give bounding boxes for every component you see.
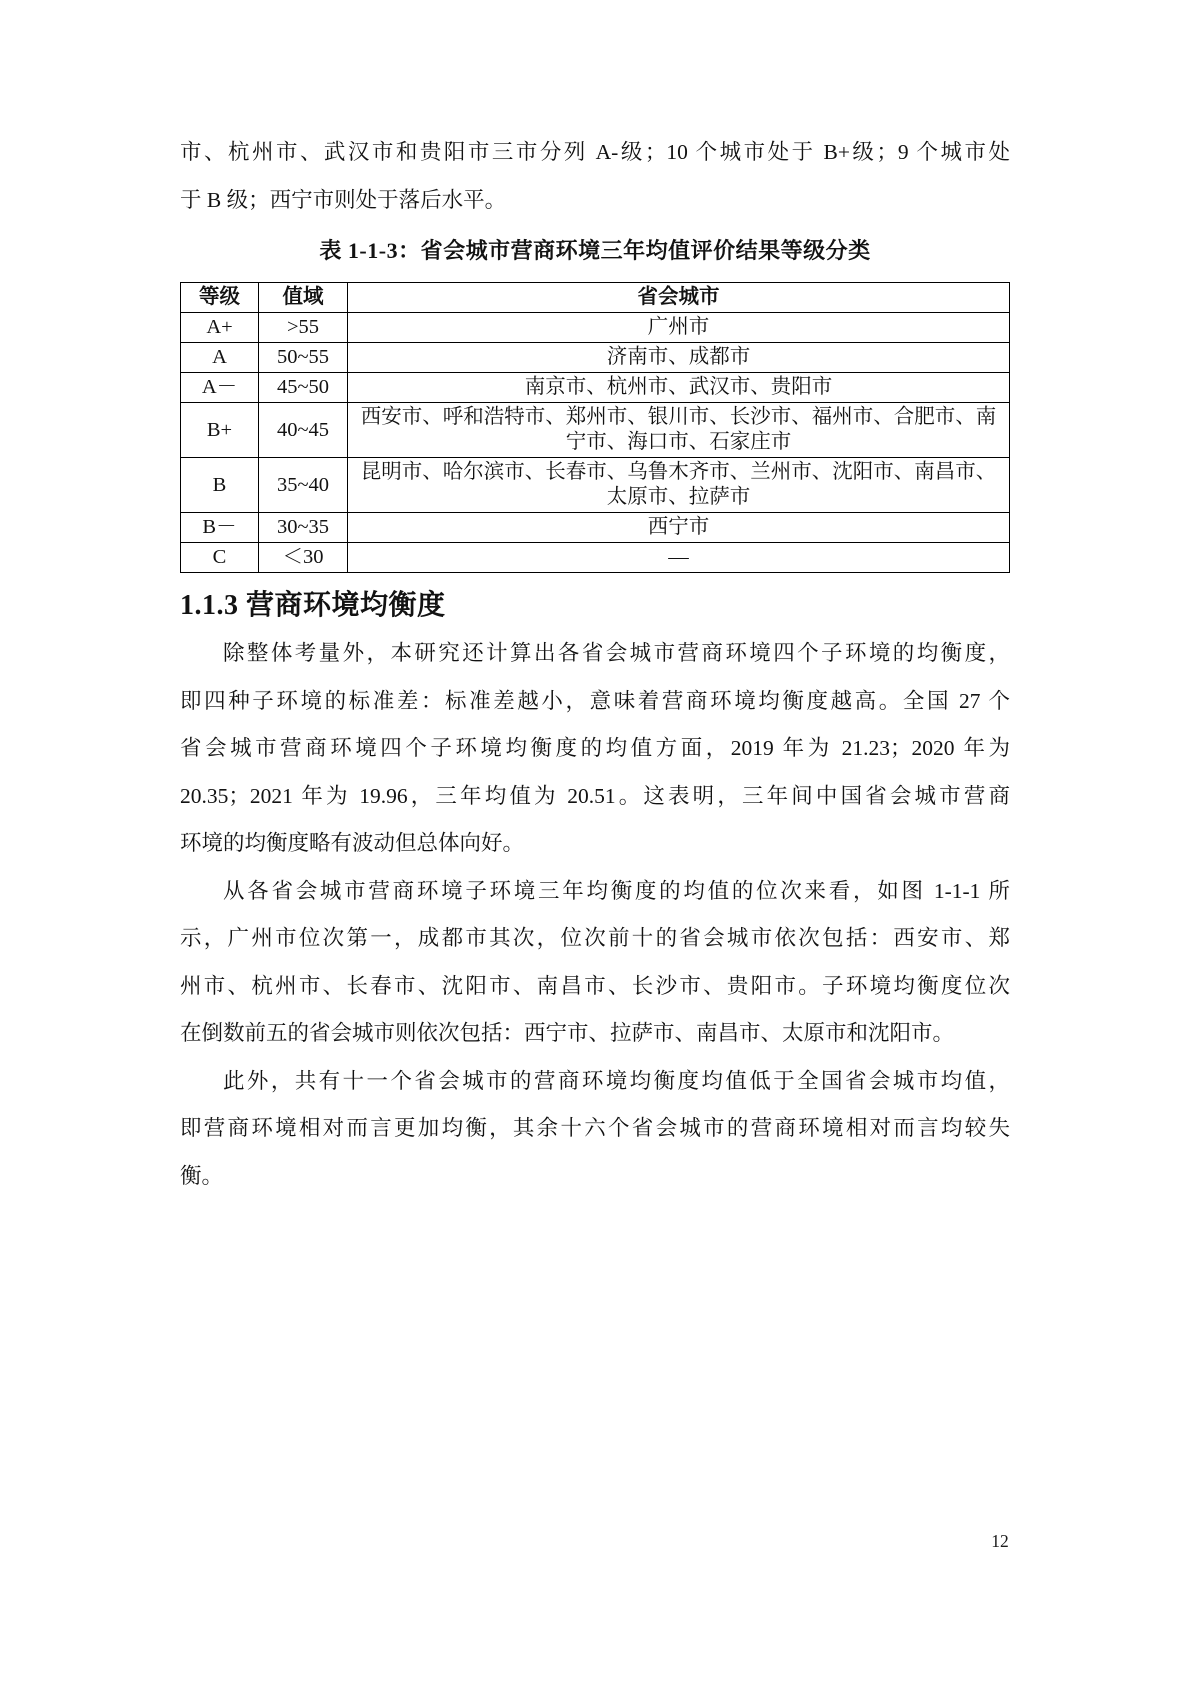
header-cities: 省会城市 bbox=[348, 283, 1010, 313]
grade-cell: A+ bbox=[181, 313, 259, 343]
table-header-row: 等级 值域 省会城市 bbox=[181, 283, 1010, 313]
text-line: 州市、杭州市、长春市、沈阳市、南昌市、长沙市、贵阳市。子环境均衡度位次 bbox=[180, 963, 1010, 1011]
table-row: C ＜30 — bbox=[181, 543, 1010, 573]
text-line: 示，广州市位次第一，成都市其次，位次前十的省会城市依次包括：西安市、郑 bbox=[180, 915, 1010, 963]
grade-cell: B bbox=[181, 458, 259, 513]
table-row: B 35~40 昆明市、哈尔滨市、长春市、乌鲁木齐市、兰州市、沈阳市、南昌市、太… bbox=[181, 458, 1010, 513]
range-cell: 45~50 bbox=[259, 373, 348, 403]
header-grade: 等级 bbox=[181, 283, 259, 313]
text-line: 在倒数前五的省会城市则依次包括：西宁市、拉萨市、南昌市、太原市和沈阳市。 bbox=[180, 1010, 1010, 1058]
grade-cell: B+ bbox=[181, 403, 259, 458]
table-row: B－ 30~35 西宁市 bbox=[181, 513, 1010, 543]
paragraph-3: 此外，共有十一个省会城市的营商环境均衡度均值低于全国省会城市均值， 即营商环境相… bbox=[180, 1058, 1010, 1201]
cities-cell: 西安市、呼和浩特市、郑州市、银川市、长沙市、福州市、合肥市、南宁市、海口市、石家… bbox=[348, 403, 1010, 458]
cities-cell: 南京市、杭州市、武汉市、贵阳市 bbox=[348, 373, 1010, 403]
text-line: 市、杭州市、武汉市和贵阳市三市分列 A-级；10 个城市处于 B+级；9 个城市… bbox=[180, 129, 1010, 177]
text-line: 省会城市营商环境四个子环境均衡度的均值方面，2019 年为 21.23；2020… bbox=[180, 725, 1010, 773]
text-line: 环境的均衡度略有波动但总体向好。 bbox=[180, 820, 1010, 868]
section-heading: 1.1.3 营商环境均衡度 bbox=[180, 589, 1010, 623]
range-cell: ＜30 bbox=[259, 543, 348, 573]
table-row: A－ 45~50 南京市、杭州市、武汉市、贵阳市 bbox=[181, 373, 1010, 403]
text-line: 从各省会城市营商环境子环境三年均衡度的均值的位次来看，如图 1-1-1 所 bbox=[180, 868, 1010, 916]
grade-cell: C bbox=[181, 543, 259, 573]
range-cell: >55 bbox=[259, 313, 348, 343]
text-line: 即四种子环境的标准差：标准差越小，意味着营商环境均衡度越高。全国 27 个 bbox=[180, 678, 1010, 726]
cities-cell: 广州市 bbox=[348, 313, 1010, 343]
paragraph-2: 从各省会城市营商环境子环境三年均衡度的均值的位次来看，如图 1-1-1 所 示，… bbox=[180, 868, 1010, 1058]
table-row: A+ >55 广州市 bbox=[181, 313, 1010, 343]
text-line: 于 B 级；西宁市则处于落后水平。 bbox=[180, 177, 1010, 225]
table-title: 表 1-1-3：省会城市营商环境三年均值评价结果等级分类 bbox=[180, 235, 1010, 267]
range-cell: 40~45 bbox=[259, 403, 348, 458]
grade-cell: B－ bbox=[181, 513, 259, 543]
header-range: 值域 bbox=[259, 283, 348, 313]
grade-table: 等级 值域 省会城市 A+ >55 广州市 A 50~55 济南市、成都市 A－ bbox=[180, 282, 1010, 573]
intro-paragraph: 市、杭州市、武汉市和贵阳市三市分列 A-级；10 个城市处于 B+级；9 个城市… bbox=[180, 129, 1010, 224]
document-page: 市、杭州市、武汉市和贵阳市三市分列 A-级；10 个城市处于 B+级；9 个城市… bbox=[0, 0, 1190, 1684]
cities-cell: 济南市、成都市 bbox=[348, 343, 1010, 373]
range-cell: 50~55 bbox=[259, 343, 348, 373]
grade-cell: A bbox=[181, 343, 259, 373]
table-row: A 50~55 济南市、成都市 bbox=[181, 343, 1010, 373]
cities-cell: — bbox=[348, 543, 1010, 573]
range-cell: 35~40 bbox=[259, 458, 348, 513]
grade-cell: A－ bbox=[181, 373, 259, 403]
cities-cell: 昆明市、哈尔滨市、长春市、乌鲁木齐市、兰州市、沈阳市、南昌市、太原市、拉萨市 bbox=[348, 458, 1010, 513]
paragraph-1: 除整体考量外，本研究还计算出各省会城市营商环境四个子环境的均衡度， 即四种子环境… bbox=[180, 630, 1010, 868]
text-line: 衡。 bbox=[180, 1153, 1010, 1201]
range-cell: 30~35 bbox=[259, 513, 348, 543]
text-line: 除整体考量外，本研究还计算出各省会城市营商环境四个子环境的均衡度， bbox=[180, 630, 1010, 678]
text-line: 此外，共有十一个省会城市的营商环境均衡度均值低于全国省会城市均值， bbox=[180, 1058, 1010, 1106]
page-number: 12 bbox=[980, 1531, 1020, 1552]
table-row: B+ 40~45 西安市、呼和浩特市、郑州市、银川市、长沙市、福州市、合肥市、南… bbox=[181, 403, 1010, 458]
cities-cell: 西宁市 bbox=[348, 513, 1010, 543]
text-line: 即营商环境相对而言更加均衡，其余十六个省会城市的营商环境相对而言均较失 bbox=[180, 1105, 1010, 1153]
page-content: 市、杭州市、武汉市和贵阳市三市分列 A-级；10 个城市处于 B+级；9 个城市… bbox=[180, 129, 1010, 1200]
text-line: 20.35；2021 年为 19.96，三年均值为 20.51。这表明，三年间中… bbox=[180, 773, 1010, 821]
